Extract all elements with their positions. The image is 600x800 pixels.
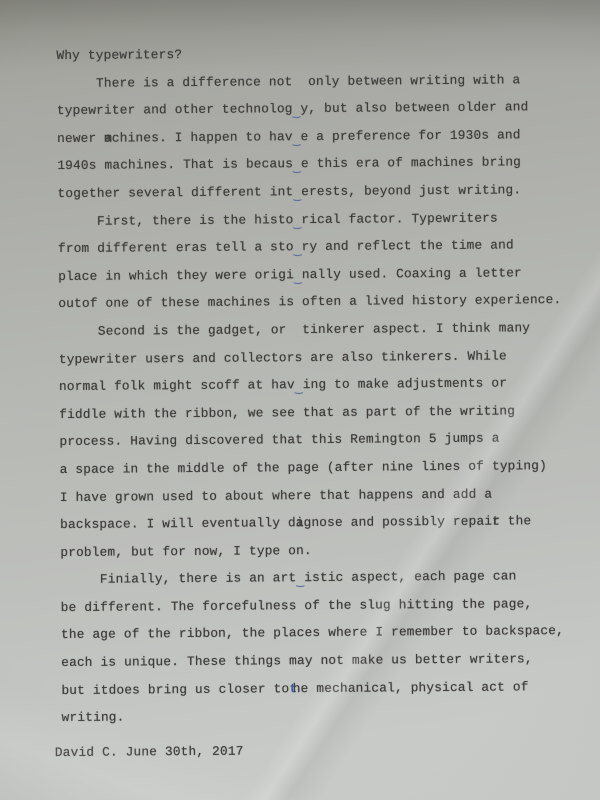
- typed-text: backspace. I will eventually d: [60, 515, 296, 532]
- typed-text: First, there is the histo: [58, 212, 294, 229]
- typed-line: Finially, there is an art‿istic aspect, …: [60, 568, 600, 600]
- typed-text: I have grown used to about where that ha…: [60, 486, 492, 504]
- pen-tie-mark: ‿: [295, 380, 303, 395]
- typed-line: Why typewriters?: [56, 44, 600, 76]
- typed-text: place in which they were origi: [58, 267, 294, 284]
- typed-text: be different. The forcefulness of the sl…: [61, 596, 533, 615]
- typed-line: writing.: [62, 706, 600, 738]
- typed-line: be different. The forcefulness of the sl…: [61, 595, 600, 627]
- pen-tie-mark: ‿: [296, 573, 304, 588]
- typed-text: typewriter users and collectors are also…: [59, 348, 507, 367]
- typed-line: but itdoes bring us closer tothe mechani…: [61, 678, 600, 710]
- typed-line: problem, but for now, I type on.: [60, 540, 600, 572]
- typed-line: each is unique. These things may not mak…: [61, 651, 600, 683]
- typed-line: 1940s machines. That is becaus‿e this er…: [57, 154, 600, 186]
- typed-text: fiddle with the ribbon, we see that as p…: [59, 403, 515, 422]
- typed-text: writing.: [62, 710, 125, 725]
- typed-line: typewriter and other technolog‿y, but al…: [57, 99, 600, 131]
- typed-text: 1940s machines. That is becaus: [57, 157, 293, 174]
- typed-text: from different eras tell a sto: [58, 239, 294, 256]
- typed-text: typewriter and other technolog: [57, 101, 293, 118]
- typed-line: together several different int‿erests, b…: [57, 182, 600, 214]
- typed-text: process. Having discovered that this Rem…: [59, 431, 499, 449]
- typed-text: gnose and possibly repai: [303, 514, 492, 530]
- overstruck-characters: ma: [104, 130, 112, 145]
- typed-text: ry and reflect the time and: [302, 238, 514, 255]
- typed-text: chines. I happen to hav: [112, 129, 293, 145]
- typed-line: fiddle with the ribbon, we see that as p…: [59, 402, 600, 434]
- typed-line: Second is the gadget, or tinkerer aspect…: [59, 320, 600, 352]
- typed-text: but itdoes bring us closer to: [61, 681, 289, 698]
- typed-line: I have grown used to about where that ha…: [60, 485, 600, 517]
- photographed-typewritten-page: Why typewriters? There is a difference n…: [0, 0, 600, 800]
- typed-line: process. Having discovered that this Rem…: [59, 430, 600, 462]
- signature-line: David C. June 30th, 2017: [55, 740, 600, 772]
- typed-text: newer: [57, 130, 104, 145]
- typed-line: a space in the middle of the page (after…: [60, 458, 600, 490]
- overstruck-characters: tr: [492, 514, 500, 529]
- typed-text: outof one of these machines is often a l…: [58, 292, 561, 311]
- typed-text: together several different int: [57, 184, 293, 201]
- typed-text: Why typewriters?: [56, 47, 182, 63]
- typed-text: the: [500, 513, 532, 528]
- typed-text: the age of the ribbon, the places where …: [61, 624, 564, 643]
- pen-tie-mark: ‿: [293, 159, 301, 174]
- pen-tie-mark: ‿: [293, 187, 301, 202]
- typed-line: There is a difference not only between w…: [57, 71, 600, 103]
- typed-page: Why typewriters? There is a difference n…: [0, 0, 600, 773]
- typed-text: Finially, there is an art: [60, 570, 296, 587]
- typed-text: e this era of machines bring: [301, 155, 521, 172]
- pen-tie-mark: ‿: [293, 104, 301, 119]
- typed-text: rical factor. Typewriters: [301, 210, 498, 227]
- pen-tie-mark: ‿: [294, 270, 302, 285]
- typed-line: outof one of these machines is often a l…: [58, 292, 600, 324]
- typed-text: nally used. Coaxing a letter: [302, 265, 522, 282]
- typed-line: the age of the ribbon, the places where …: [61, 623, 600, 655]
- typed-line: backspace. I will eventually diagnose an…: [60, 513, 600, 545]
- typed-line: from different eras tell a sto‿ry and re…: [58, 237, 600, 269]
- typed-line: First, there is the histo‿rical factor. …: [58, 209, 600, 241]
- typed-text: istic aspect, each page can: [304, 569, 516, 586]
- pen-tie-mark: ‿: [293, 215, 301, 230]
- typed-line: typewriter users and collectors are also…: [59, 347, 600, 379]
- typed-text: each is unique. These things may not mak…: [61, 651, 533, 670]
- typed-text: y, but also between older and: [300, 99, 528, 116]
- typed-text: erests, beyond just writing.: [301, 182, 521, 199]
- typed-line: normal folk might scoff at hav‿ing to ma…: [59, 375, 600, 407]
- typed-text: a space in the middle of the page (after…: [60, 458, 547, 477]
- pen-tie-mark: ‿: [293, 132, 301, 147]
- typed-text: There is a difference not only between w…: [57, 72, 521, 91]
- typed-line: newer machines. I happen to hav‿e a pref…: [57, 126, 600, 158]
- typed-text: he mechanical, physical act of: [293, 679, 529, 696]
- typed-text: e a preference for 1930s and: [300, 127, 520, 144]
- typed-text: David C. June 30th, 2017: [55, 743, 244, 759]
- pen-tie-mark: ‿: [294, 242, 302, 257]
- typed-text: Second is the gadget, or tinkerer aspect…: [59, 320, 531, 339]
- typed-line: place in which they were origi‿nally use…: [58, 264, 600, 296]
- typed-text: problem, but for now, I type on.: [60, 543, 312, 560]
- typed-text: normal folk might scoff at hav: [59, 377, 295, 394]
- typed-text: ing to make adjustments or: [303, 376, 507, 393]
